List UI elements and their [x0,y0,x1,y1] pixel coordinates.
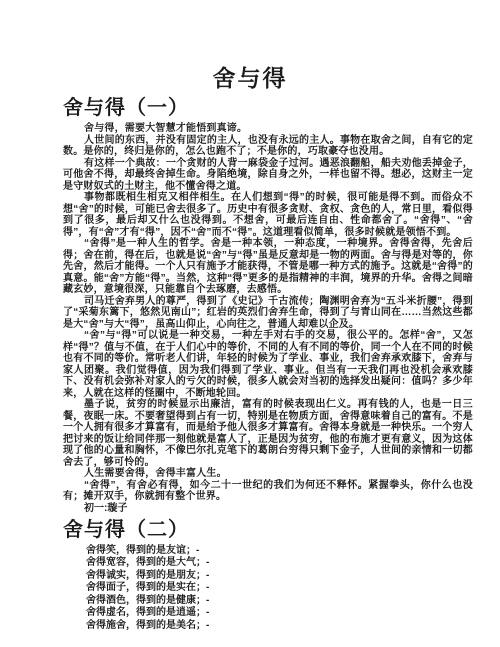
list-item: 舍得酒色，得到的是健康；- [63,595,473,608]
paragraph: “舍得”，有舍必有得，如今二十一世纪的我们为何还不释怀。紧握拳头，你什么也没有；… [63,480,473,503]
section-1-heading: 舍与得（一） [63,96,473,120]
document-page: 舍与得 舍与得（一） 舍与得，需要大智慧才能悟到真谛。 人世间的东西，并没有固定… [0,0,500,647]
paragraph: 有这样一个典故：一个贪财的人背一麻袋金子过河。遇恶浪翻船，船夫劝他丢掉金子，可他… [63,158,473,193]
list-item: 舍得宽容，得到的是大气；- [63,557,473,570]
list-item: 舍得虚名，得到的是逍遥；- [63,607,473,620]
paragraph: 人生需要舍得，舍得丰富人生。 [63,468,473,480]
paragraph: 事物都既相生相克又相伴相生。在人们想到“得”的时候，很可能是得不到。而俗众不想“… [63,192,473,238]
paragraph: “舍得”是一种人生的哲学。舍是一种本领，一种态度，一种境界。舍得舍得，先舍后得；… [63,238,473,296]
section-2-heading: 舍与得（二） [63,518,473,542]
paragraph: “舍”与“得”可以说是一种交易，一种左手对右手的交易，很公平的。怎样“舍”，又怎… [63,330,473,399]
paragraph: 墨子说，贫穷的时候显示出廉洁，富有的时候表现出仁义。再有钱的人，也是一日三餐，夜… [63,399,473,468]
list-item: 舍得笑，得到的是友谊；- [63,545,473,558]
list-item: 舍得施舍，得到的是美名；- [63,620,473,633]
paragraph: 司马迁舍弃男人的尊严，得到了《史记》千古流传；陶渊明舍弃为“五斗米折腰”，得到了… [63,296,473,331]
document-title: 舍与得 [0,64,500,92]
paragraph: 舍与得，需要大智慧才能悟到真谛。 [63,123,473,135]
author-signature: 初一:璇子 [63,503,473,515]
list-item: 舍得诚实，得到的是朋友；- [63,570,473,583]
paragraph: 人世间的东西，并没有固定的主人，也没有永远的主人。事物在取舍之间，自有它的定数。… [63,135,473,158]
list-item: 舍得面子，得到的是实在；- [63,582,473,595]
